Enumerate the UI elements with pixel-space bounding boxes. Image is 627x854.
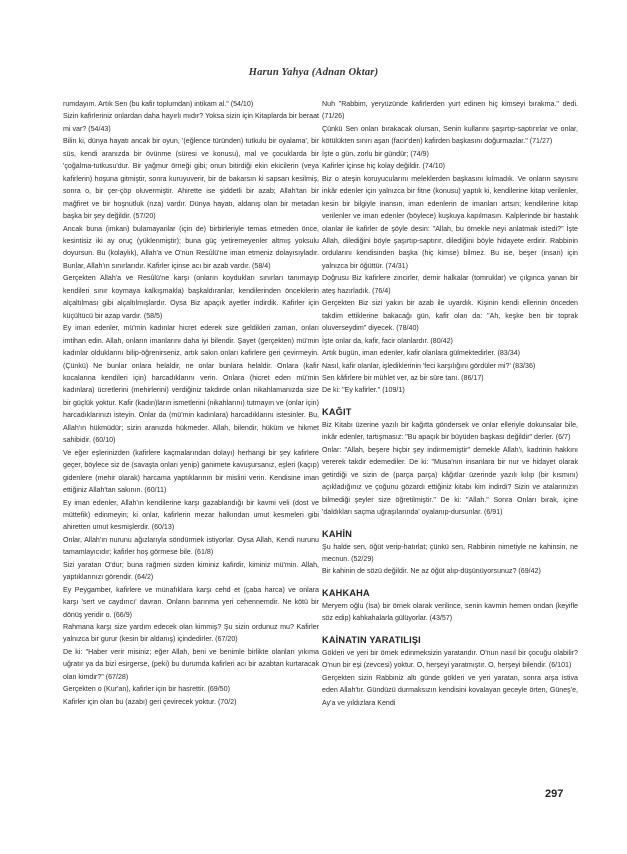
- page-number: 297: [545, 788, 563, 800]
- verse-paragraph: Sizi yaratan O'dur; buna rağmen sizden k…: [63, 559, 319, 584]
- section-heading-kagit: KAĞIT: [322, 406, 578, 419]
- verse-paragraph: Ey iman edenler, Allah'ın kendilerine ka…: [63, 497, 319, 534]
- verse-paragraph: Ve eğer eşlerinizden (kafirlere kaçmalar…: [63, 447, 319, 497]
- verse-paragraph: Gerçekten sizin Rabbiniz altı günde gökl…: [322, 672, 578, 709]
- verse-paragraph: Doğrusu Biz kafirlere zincirler, demir h…: [322, 272, 578, 297]
- left-column: rumdayım. Artık Sen (bu kafir toplumdan)…: [63, 98, 319, 708]
- section-heading-kahkaha: KAHKAHA: [322, 587, 578, 600]
- section-heading-kahin: KAHİN: [322, 528, 578, 541]
- verse-paragraph: Ey iman edenler, mü'min kadınlar hicret …: [63, 322, 319, 447]
- verse-paragraph: Gerçekten Biz sizi yakın bir azab ile uy…: [322, 297, 578, 334]
- verse-paragraph: Sen kâfirlere bir mühlet ver, az bir sür…: [322, 372, 578, 384]
- verse-paragraph: Kafirler içinse hiç kolay değildir. (74/…: [322, 160, 578, 172]
- verse-paragraph: Nasıl, kafir olanlar, işlediklerinin 'fe…: [322, 360, 578, 372]
- section-heading-kainatin-yaratilisi: KAİNATIN YARATILIŞI: [322, 634, 578, 647]
- verse-paragraph: Onlar, Allah'ın nurunu ağızlarıyla söndü…: [63, 534, 319, 559]
- verse-paragraph: Gerçekten Allah'a ve Resûlü'ne karşı (on…: [63, 272, 319, 322]
- verse-paragraph: rumdayım. Artık Sen (bu kafir toplumdan)…: [63, 98, 319, 110]
- running-header: Harun Yahya (Adnan Oktar): [0, 67, 627, 78]
- verse-paragraph: Biz o ateşin koruyucularını meleklerden …: [322, 173, 578, 273]
- verse-paragraph: Gökleri ve yeri bir örnek edinmeksizin y…: [322, 647, 578, 672]
- verse-paragraph: Ancak buna (imkan) bulamayanlar (için de…: [63, 223, 319, 273]
- verse-paragraph: Gerçekten o (Kur'an), kafirler için bir …: [63, 683, 319, 695]
- verse-paragraph: Çünkü Sen onları bırakacak olursan, Seni…: [322, 123, 578, 148]
- right-column: Nuh "Rabbim, yeryüzünde kafirlerden yurt…: [322, 98, 578, 709]
- verse-paragraph: De ki: "Haber verir misiniz; eğer Allah,…: [63, 646, 319, 683]
- verse-paragraph: İşte o gün, zorlu bir gündür; (74/9): [322, 148, 578, 160]
- verse-paragraph: Rahmana karşı size yardım edecek olan ki…: [63, 621, 319, 646]
- verse-paragraph: Onlar: "Allah, beşere hiçbir şey indirme…: [322, 444, 578, 519]
- verse-paragraph: İşte onlar da, kafir, facir olanlardır. …: [322, 335, 578, 347]
- verse-paragraph: Ey Peygamber, kafirlere ve münafıklara k…: [63, 584, 319, 621]
- verse-paragraph: Biz Kitabı üzerine yazılı bir kağıtta gö…: [322, 419, 578, 444]
- verse-paragraph: De ki: "Ey kafirler." (109/1): [322, 384, 578, 396]
- verse-paragraph: Bir kahinin de sözü değildir. Ne az öğüt…: [322, 565, 578, 577]
- verse-paragraph: Meryem oğlu (İsa) bir örnek olarak veril…: [322, 600, 578, 625]
- verse-paragraph: Kafirler için olan bu (azabı) geri çevir…: [63, 696, 319, 708]
- verse-paragraph: Artık bugün, iman edenler, kafir olanlar…: [322, 347, 578, 359]
- verse-paragraph: Sizin kafirleriniz onlardan daha hayırlı…: [63, 110, 319, 135]
- verse-paragraph: Nuh "Rabbim, yeryüzünde kafirlerden yurt…: [322, 98, 578, 123]
- verse-paragraph: Şu halde sen, öğüt verip-hatırlat; çünkü…: [322, 541, 578, 566]
- verse-paragraph: Bilin ki, dünya hayatı ancak bir oyun, '…: [63, 135, 319, 222]
